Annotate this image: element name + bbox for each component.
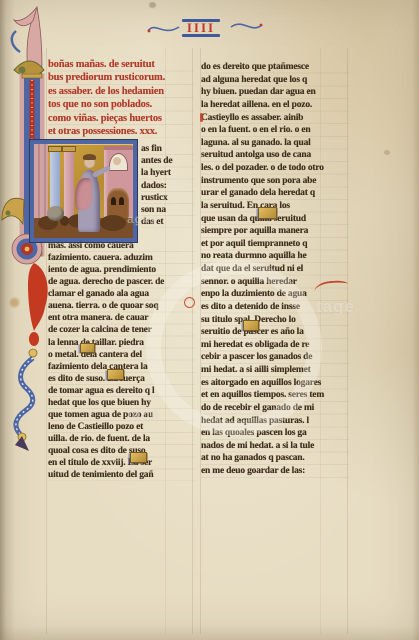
rock [47, 206, 64, 221]
miniature [30, 140, 137, 242]
red-initial-ring [184, 297, 195, 308]
text-line: instrumento que son pora abe [201, 175, 349, 188]
standing-figure-hair [83, 154, 96, 160]
text-line: la hyert [141, 167, 194, 179]
ground-mound [100, 215, 126, 231]
text-line: su titulo spal. Derecho lo [201, 314, 349, 327]
text-line: et en aquillos tiempos. seres tem [201, 389, 349, 402]
text-line: antes de [141, 155, 194, 167]
text-line: do de recebir el ganado de mi [201, 402, 349, 415]
text-line: de cozer la calcina de tener [48, 324, 195, 336]
rubric-line: es assaber. de los hedamien [48, 85, 194, 98]
rubric-line: et otras possessiones. xxx. [48, 125, 194, 138]
rubric-line: como viñas. pieças huertos [48, 112, 194, 125]
text-line: hy biuen. puedan dar agua en [201, 86, 349, 99]
text-line: la lenna de taillar. piedra [48, 337, 195, 349]
text-line: siempre por aquilla manera [201, 225, 349, 238]
rubric-line: boñas mañas. de seruitut [48, 58, 194, 71]
text-line: o metal. dela cantera del [48, 349, 195, 361]
text-line: clamar el ganado ala agua [48, 288, 195, 300]
text-line: dados: [141, 180, 194, 192]
miniature-column-pink [64, 149, 74, 225]
text-line: et por aquil tiempranneto q [201, 238, 349, 251]
text-line: hedat que los que biuen hy [48, 397, 195, 409]
text-line: en las quoales pascen los ga [201, 427, 349, 440]
column-capital [62, 146, 76, 152]
text-line: mi heredat es obligada de re [201, 339, 349, 352]
text-line: rusticx [141, 192, 194, 204]
text-line: es aitorgado en aquillos logares [201, 377, 349, 390]
text-line: laguna. al su ganado. la qual [201, 137, 349, 150]
text-line: o en la fuent. o en el rio. o en [201, 124, 349, 137]
text-line: dat que da el seruitud ni el [201, 263, 349, 276]
text-line: en el titulo de xxviij. La ser [48, 457, 195, 469]
gold-paraph-mark [80, 343, 95, 353]
text-line: no reata durmno aquilla he [201, 250, 349, 263]
gold-paraph-mark [243, 320, 259, 331]
rubric-line: tos que no son poblados. [48, 98, 194, 111]
rubric: boñas mañas. de seruitutbus prediorum ru… [48, 58, 194, 138]
text-line: do es dereito que ptañmesce [201, 61, 349, 74]
text-line: la heredat aillena. en el pozo. [201, 99, 349, 112]
gold-paraph-mark [258, 207, 277, 219]
right-column-text: do es dereito que ptañmescead alguna her… [201, 61, 349, 478]
gold-paraph-mark [107, 369, 124, 380]
parchment-speck [384, 150, 390, 155]
left-column-side-text: as finantes dela hyertdados:rusticxson n… [141, 143, 194, 228]
folio-number-ornament: IIII [146, 16, 264, 44]
house-window [119, 197, 124, 205]
parchment-stain [9, 296, 20, 309]
parchment-speck [149, 2, 156, 8]
text-line: mas. assi como cauera [48, 240, 195, 252]
text-line: ent otra manera. de cauar [48, 312, 195, 324]
text-line: leno de Castieillo pozo et [48, 421, 195, 433]
text-line: son na [141, 204, 194, 216]
text-line: fazimiento. cauera. aduzim [48, 252, 195, 264]
standing-figure-mantle [75, 178, 92, 210]
text-line: en me deuo goardar de las: [201, 465, 349, 478]
text-line: Castieyllo es assaber. ainib [201, 112, 349, 125]
folio-number: IIII [183, 19, 219, 37]
text-line: de agua. derecho de pascer. de [48, 276, 195, 288]
text-line: uitud de tenimiento del gañ [48, 469, 195, 481]
gold-paraph-mark [130, 452, 147, 463]
text-line: at no ha ganados q pascan. [201, 452, 349, 465]
manuscript-page: IIII boñas mañas. de seruitutbus predior… [0, 0, 419, 640]
text-line: urar el ganado dela heredat q [201, 187, 349, 200]
text-line: iento de agua. prendimiento [48, 264, 195, 276]
text-line: que tomen agua de pozo au [48, 409, 195, 421]
text-line: as fin [141, 143, 194, 155]
rubric-line: bus prediorum rusticorum. [48, 71, 194, 84]
text-line: ad alguna heredat que los q [201, 74, 349, 87]
column-capital [48, 146, 62, 152]
text-line: das et [141, 216, 194, 228]
text-line: es dito a detenido de insse [201, 301, 349, 314]
text-line: quoal cosa es dito de suso [48, 445, 195, 457]
text-line: seruitio de pascer es año la [201, 326, 349, 339]
text-line: nados de mi hedat. a si la tule [201, 440, 349, 453]
left-column-text: mas. assi como cauerafazimiento. cauera.… [48, 240, 195, 481]
text-line: de tomar agua es dereito q l [48, 385, 195, 397]
text-line: cebir a pascer los ganados de [201, 351, 349, 364]
red-touched-capital [200, 113, 203, 122]
house-window [111, 197, 116, 205]
text-line: seruitud antolga uso de cana [201, 149, 349, 162]
figure-in-window [113, 157, 121, 165]
text-line: uilla. de rio. de fuent. de la [48, 433, 195, 445]
text-line: mi hedat. a si ailli simplemet [201, 364, 349, 377]
text-line: les. o del pozader. o de todo otro [201, 162, 349, 175]
text-line: auena. tierra. o de quoar soq [48, 300, 195, 312]
text-line: hedat ad aquillas pasturas. l [201, 415, 349, 428]
